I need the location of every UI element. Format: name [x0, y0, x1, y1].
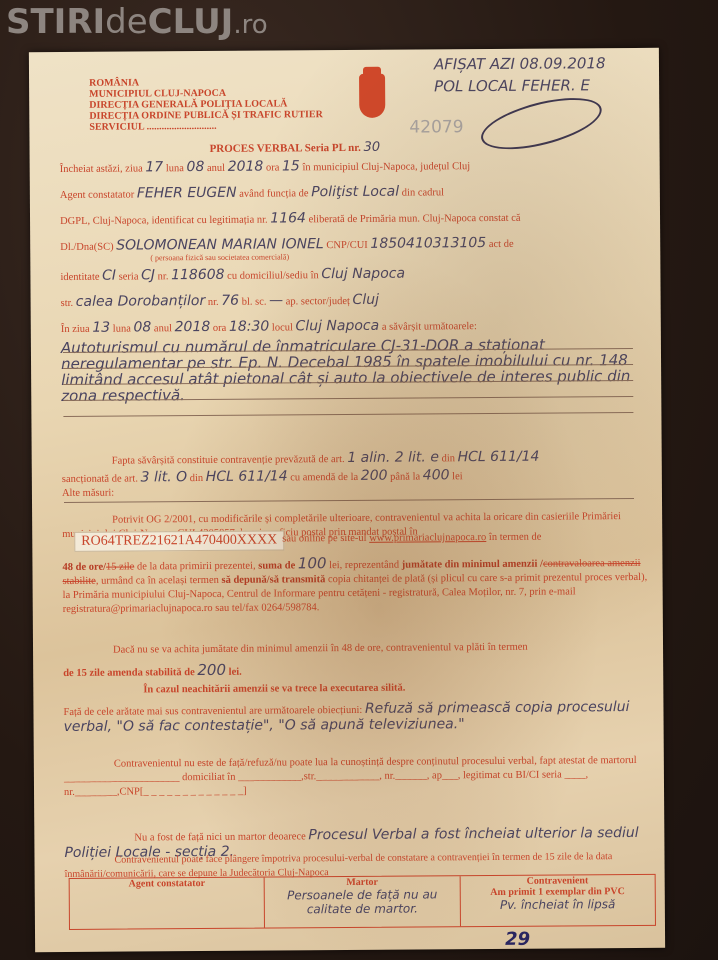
street-label: str. — [61, 298, 74, 309]
agent-signature-cell: Agent constatator — [70, 878, 266, 929]
same-term-label: , urmând ca în același termen — [96, 575, 219, 587]
id-type: CI — [102, 268, 116, 284]
domicile-city: Cluj Napoca — [321, 266, 405, 283]
article-label: Fapta săvârșită constituie contravenție … — [112, 454, 345, 467]
page-number: 29 — [505, 929, 530, 950]
title-label: PROCES VERBAL Seria PL nr. — [210, 142, 361, 155]
sanction-label: sancționată de art. — [62, 473, 138, 485]
from-label: din cadrul — [402, 187, 444, 198]
incident-place: Cluj Napoca — [295, 318, 379, 335]
sc-value: — — [269, 292, 283, 308]
witness-note: Persoanele de față nu au calitate de mar… — [265, 887, 460, 916]
legitimation-label: DGPL, Cluj-Napoca, identificat cu legiti… — [60, 215, 268, 227]
fine-max: 400 — [423, 467, 450, 483]
full-fine-row: de 15 zile amenda stabilită de 200 lei. — [63, 660, 653, 681]
signature-table: Agent constatator Martor Persoanele de f… — [69, 874, 656, 930]
iban-field: RO64TREZ21621A470400XXXX — [74, 530, 284, 551]
witness-block: Contravenientul nu este de față/refuză/n… — [64, 754, 654, 800]
witness-signature-cell: Martor Persoanele de față nu au calitate… — [265, 876, 461, 927]
street-no: 76 — [221, 293, 239, 309]
currency-label: lei — [452, 471, 463, 482]
handwritten-posting-note: AFIȘAT AZI 08.09.2018 POL LOCAL FEHER. E — [434, 52, 606, 97]
sanction-row: sancționată de art. 3 lit. O din HCL 611… — [62, 466, 642, 486]
witness-id-label: , legitimat cu BI/CI seria — [458, 770, 562, 782]
article-source: HCL 611/14 — [458, 449, 540, 466]
article-value: 1 alin. 2 lit. e — [347, 449, 439, 466]
witness-str-label: ,str. — [301, 771, 316, 782]
address-row: str. calea Dorobanților nr. 76 bl. sc. —… — [61, 290, 641, 310]
watermark-cluj: CLUJ — [148, 2, 234, 42]
note-line-1: AFIȘAT AZI 08.09.2018 — [434, 52, 606, 75]
ap-label: ap. — [286, 296, 299, 307]
header-line-serviciul: SERVICIUL ............................ — [89, 120, 323, 133]
agent-function: Poliţist Local — [311, 184, 399, 201]
submit-label: să depună/să transmită — [221, 574, 325, 586]
document-title: PROCES VERBAL Seria PL nr. 30 — [209, 140, 380, 156]
article-from-label: din — [442, 453, 455, 464]
agent-row: Agent constatator FEHER EUGEN având func… — [60, 182, 640, 202]
enforcement-notice: În cazul neachitării amenzii se va trece… — [143, 679, 718, 697]
agent-signature-label: Agent constatator — [70, 878, 264, 890]
incident-month-label: luna — [113, 324, 131, 335]
full-fine-value: 200 — [197, 661, 226, 679]
label-year: anul — [207, 163, 225, 174]
label-day: Încheiat astăzi, ziua — [60, 163, 143, 175]
domicile-label: cu domiciliul/sediu în — [227, 270, 319, 282]
from-receipt-label: de la data primirii prezentei, — [137, 561, 256, 573]
sum-label: suma de — [258, 560, 295, 571]
incident-day: 13 — [92, 320, 110, 336]
days-15-struck: 15 zile — [106, 561, 134, 572]
no-witness-label: Nu a fost de față nici un martor deoarec… — [64, 831, 305, 844]
watermark-stiri: STIRI — [6, 2, 105, 42]
fine-document: ROMÂNIA MUNICIPIUL CLUJ-NAPOCA DIRECȚIA … — [29, 48, 665, 952]
concluded-month: 08 — [186, 159, 204, 175]
identity-row: identitate CI seria CJ nr. 118608 cu dom… — [60, 264, 640, 284]
ruled-line — [63, 412, 633, 417]
legitimation-number: 1164 — [270, 210, 306, 226]
offender-label: Dl./Dna(SC) — [60, 242, 113, 253]
bl-label: bl. — [242, 297, 253, 308]
agent-label: Agent constatator — [60, 189, 134, 201]
hours-48: 48 de ore/ — [62, 562, 106, 573]
witness-cnp-label: ,CNP — [117, 786, 140, 797]
unpaid-notice: Dacă nu se va achita jumătate din minimu… — [63, 640, 653, 658]
incident-hour: 18:30 — [229, 319, 269, 335]
signature-scribble-icon — [476, 88, 607, 160]
function-label: având funcția de — [239, 188, 308, 199]
objections-label: Față de cele arătate mai sus contravenie… — [63, 705, 362, 718]
label-hour: ora — [266, 162, 279, 173]
offender-name: SOLOMONEAN MARIAN IONEL — [116, 236, 324, 253]
id-label: identitate — [60, 272, 99, 283]
label-month: luna — [166, 163, 184, 174]
sc-label: sc. — [255, 297, 266, 308]
incident-year: 2018 — [175, 319, 211, 335]
form-number: 42079 — [409, 117, 463, 137]
full-fine-label: de 15 zile amenda stabilită de — [63, 667, 195, 679]
sanction-source: HCL 611/14 — [206, 468, 288, 485]
offender-cnp: 1850410313105 — [370, 235, 486, 252]
incident-row: În ziua 13 luna 08 anul 2018 ora 18:30 l… — [61, 316, 641, 336]
series-number: 30 — [364, 140, 381, 155]
watermark-ro: .ro — [233, 10, 267, 40]
fine-to-label: până la — [390, 471, 420, 482]
witness-domicile-label: domiciliat în — [182, 772, 235, 783]
offender-signature-cell: Contravenient Am primit 1 exemplar din P… — [460, 875, 655, 926]
note-line-2: POL LOCAL FEHER. E — [434, 74, 606, 97]
not-present-text: Contravenientul nu este de față/refuză/n… — [114, 755, 637, 770]
header-line-directia-ordine: DIRECȚIA ORDINE PUBLICĂ ȘI TRAFIC RUTIER — [89, 109, 323, 122]
witness-nr-label: , nr. — [379, 771, 395, 782]
legitimation-after: eliberată de Primăria mun. Cluj-Napoca c… — [309, 213, 521, 225]
cnp-label: CNP/CUI — [326, 240, 368, 251]
online-label: sau online pe site-ul — [282, 533, 366, 545]
sanction-article: 3 lit. O — [141, 469, 188, 485]
county-label: sector/județ — [301, 296, 350, 307]
street-no-label: nr. — [208, 297, 219, 308]
objections-block: Față de cele arătate mai sus contravenie… — [63, 700, 653, 736]
incident-after-label: a săvârșit următoarele: — [382, 321, 477, 333]
website-link[interactable]: www.primariaclujnapoca.ro — [369, 532, 486, 544]
fine-from-label: cu amendă de la — [290, 472, 358, 483]
half-fine-paragraph: 48 de ore/15 zile de la data primirii pr… — [62, 554, 652, 617]
concluded-day: 17 — [145, 159, 163, 175]
incident-place-label: locul — [272, 322, 293, 333]
fine-min: 200 — [361, 468, 388, 484]
article-row: Fapta săvârșită constituie contravenție … — [112, 448, 692, 468]
label-place: în municipiul Cluj-Napoca, județul Cluj — [302, 161, 470, 173]
agent-name: FEHER EUGEN — [137, 185, 237, 202]
representing-label: lei, reprezentând — [329, 560, 399, 571]
watermark-de: de — [105, 2, 148, 42]
concluded-row: Încheiat astăzi, ziua 17 luna 08 anul 20… — [60, 156, 640, 176]
coat-of-arms-icon — [359, 74, 385, 118]
term-label: în termen de — [489, 532, 542, 543]
incident-hour-label: ora — [213, 323, 226, 334]
witness-ap-label: , ap — [427, 770, 442, 781]
nr-label: nr. — [158, 271, 169, 282]
institution-header: ROMÂNIA MUNICIPIUL CLUJ-NAPOCA DIRECȚIA … — [89, 76, 323, 133]
street-value: calea Dorobanților — [76, 293, 206, 310]
legitimation-row: DGPL, Cluj-Napoca, identificat cu legiti… — [60, 208, 640, 228]
online-line: sau online pe site-ul www.primariaclujna… — [282, 530, 652, 547]
concluded-year: 2018 — [228, 159, 264, 175]
half-sum: 100 — [298, 554, 327, 572]
incident-year-label: anul — [154, 323, 172, 334]
ruled-line — [64, 498, 634, 503]
incident-month: 08 — [133, 319, 151, 335]
offense-description: Autoturismul cu numărul de înmatriculare… — [61, 336, 651, 404]
id-number: 118608 — [171, 267, 225, 283]
sanction-from-label: din — [190, 473, 203, 484]
id-series: CJ — [141, 267, 155, 283]
series-label: seria — [119, 271, 139, 282]
site-watermark: STIRIdeCLUJ.ro — [6, 2, 268, 45]
act-label: act de — [489, 239, 514, 250]
offender-note: Pv. încheiat în lipsă — [460, 897, 654, 912]
county-value: Cluj — [352, 292, 379, 308]
other-measures-label: Alte măsuri: — [62, 484, 642, 499]
concluded-hour: 15 — [282, 158, 300, 174]
full-fine-currency: lei. — [229, 667, 242, 678]
incident-day-label: În ziua — [61, 324, 90, 335]
half-minimum-label: jumătate din minimul amenzii / — [402, 559, 543, 571]
